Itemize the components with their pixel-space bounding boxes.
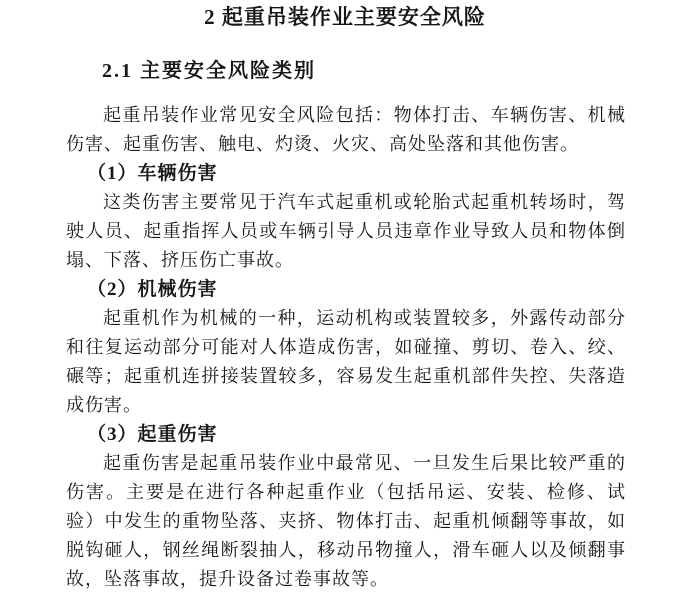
paragraph-line: 起重伤害是起重吊装作业中最常见、一旦发生后果比较严重的	[66, 449, 626, 478]
paragraph-line: 验）中发生的重物坠落、夹挤、物体打击、起重机倾翻等事故，如	[66, 507, 626, 536]
paragraph-line: 起重机作为机械的一种，运动机构或装置较多，外露传动部分	[66, 304, 626, 333]
document-title: 2 起重吊装作业主要安全风险	[0, 2, 690, 32]
paragraph-line: 这类伤害主要常见于汽车式起重机或轮胎式起重机转场时，驾	[66, 188, 626, 217]
paragraph-line: 碾等；起重机连拼接装置较多，容易发生起重机部件失控、失落造	[66, 362, 626, 391]
subheading-line: （2）机械伤害	[66, 275, 626, 304]
paragraph-line: 伤害。主要是在进行各种起重作业（包括吊运、安装、检修、试	[66, 478, 626, 507]
subheading-line: （3）起重伤害	[66, 420, 626, 449]
paragraph-line: 脱钩砸人，钢丝绳断裂抽人，移动吊物撞人，滑车砸人以及倾翻事	[66, 536, 626, 565]
paragraph-line: 故，坠落事故，提升设备过卷事故等。	[66, 565, 626, 593]
paragraph-line: 成伤害。	[66, 391, 626, 420]
paragraph-line: 起重吊装作业常见安全风险包括：物体打击、车辆伤害、机械	[66, 101, 626, 130]
document-body: 起重吊装作业常见安全风险包括：物体打击、车辆伤害、机械伤害、起重伤害、触电、灼烫…	[66, 101, 626, 593]
paragraph-line: 驶人员、起重指挥人员或车辆引导人员违章作业导致人员和物体倒	[66, 217, 626, 246]
paragraph-line: 伤害、起重伤害、触电、灼烫、火灾、高处坠落和其他伤害。	[66, 130, 626, 159]
document-page: 2 起重吊装作业主要安全风险 2.1 主要安全风险类别 起重吊装作业常见安全风险…	[0, 0, 690, 593]
subheading-line: （1）车辆伤害	[66, 159, 626, 188]
section-heading: 2.1 主要安全风险类别	[102, 57, 316, 85]
paragraph-line: 塌、下落、挤压伤亡事故。	[66, 246, 626, 275]
paragraph-line: 和往复运动部分可能对人体造成伤害，如碰撞、剪切、卷入、绞、	[66, 333, 626, 362]
